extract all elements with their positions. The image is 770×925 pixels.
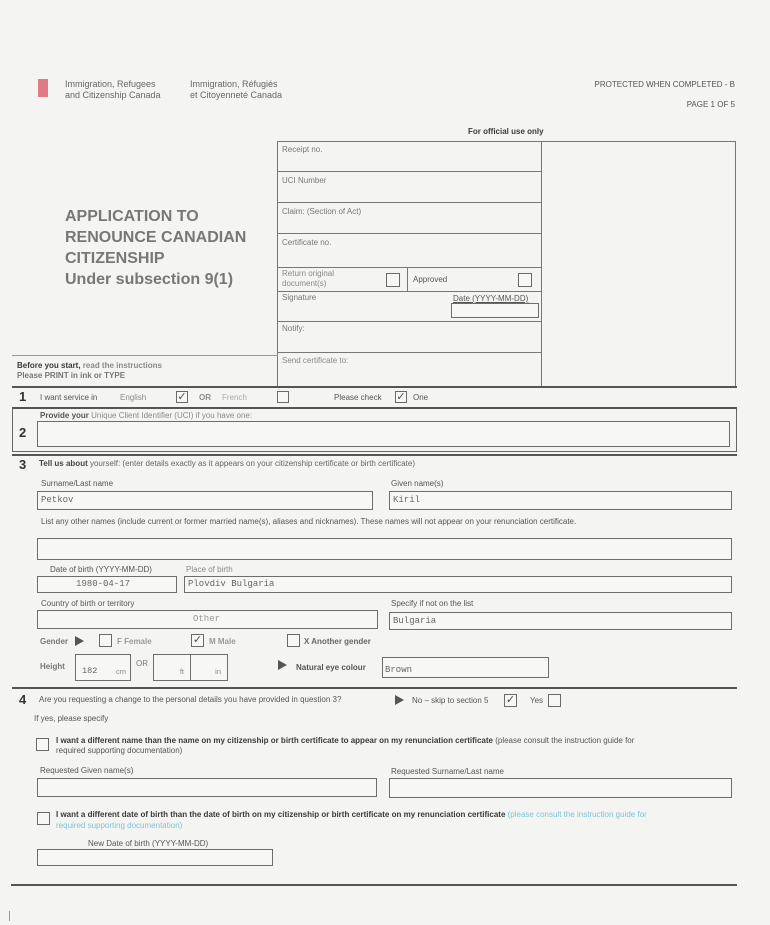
instructions-top-rule bbox=[12, 355, 278, 356]
height-cm-input[interactable]: 182 cm bbox=[75, 654, 131, 681]
signature-date-field bbox=[451, 303, 539, 318]
gender-arrow-icon bbox=[75, 636, 84, 646]
surname-label: Surname/Last name bbox=[41, 479, 113, 488]
page-number: PAGE 1 OF 5 bbox=[687, 100, 735, 109]
new-dob-label: New Date of birth (YYYY-MM-DD) bbox=[88, 839, 208, 848]
height-cm-value: 182 bbox=[82, 666, 97, 676]
country-select[interactable]: Other bbox=[37, 610, 378, 629]
height-in-input[interactable]: in bbox=[190, 654, 228, 681]
dob-input[interactable]: 1980-04-17 bbox=[37, 576, 177, 593]
uci-input[interactable] bbox=[37, 421, 730, 447]
return-original-checkbox bbox=[386, 273, 400, 287]
agency-name-fr: Immigration, Réfugiés et Citoyenneté Can… bbox=[190, 79, 282, 101]
dob-label: Date of birth (YYYY-MM-DD) bbox=[50, 565, 152, 574]
height-ft-input[interactable]: ft bbox=[153, 654, 191, 681]
agency-fr-line1: Immigration, Réfugiés bbox=[190, 79, 282, 90]
please-check-label: Please check bbox=[334, 393, 382, 402]
section3-top-rule bbox=[12, 454, 737, 456]
agency-en-line1: Immigration, Refugees bbox=[65, 79, 161, 90]
female-checkbox[interactable] bbox=[99, 634, 112, 647]
female-label: F Female bbox=[117, 637, 152, 646]
official-use-heading: For official use only bbox=[468, 127, 544, 136]
section4-number: 4 bbox=[19, 692, 26, 707]
certificate-no-field: Certificate no. bbox=[278, 234, 542, 268]
title-line3: CITIZENSHIP bbox=[65, 248, 246, 269]
approved-checkbox bbox=[518, 273, 532, 287]
uci-number-field: UCI Number bbox=[278, 172, 542, 203]
approved-label: Approved bbox=[413, 275, 447, 284]
canada-flag-mark bbox=[38, 79, 48, 97]
given-name-input[interactable]: Kiril bbox=[389, 491, 732, 510]
another-gender-label: X Another gender bbox=[304, 637, 371, 646]
service-label: I want service in bbox=[40, 393, 97, 402]
in-unit: in bbox=[215, 667, 221, 676]
claim-field: Claim: (Section of Act) bbox=[278, 203, 542, 234]
english-checkbox[interactable]: ✓ bbox=[176, 391, 188, 403]
other-names-label: List any other names (include current or… bbox=[41, 517, 576, 526]
protected-label: PROTECTED WHEN COMPLETED - B bbox=[595, 80, 735, 89]
height-or-label: OR bbox=[136, 659, 148, 668]
please-check-one-box: ✓ bbox=[395, 391, 407, 403]
no-skip-arrow-icon bbox=[395, 695, 404, 705]
place-of-birth-label: Place of birth bbox=[186, 565, 233, 574]
another-gender-checkbox[interactable] bbox=[287, 634, 300, 647]
instructions: Before you start, read the instructions … bbox=[17, 361, 162, 381]
ft-unit: ft bbox=[180, 667, 184, 676]
section2-number: 2 bbox=[19, 425, 26, 440]
dob-change-text: I want a different date of birth than th… bbox=[56, 809, 736, 831]
or-label: OR bbox=[199, 393, 211, 402]
place-of-birth-input[interactable]: Plovdiv Bulgaria bbox=[184, 576, 732, 593]
section1-top-rule bbox=[12, 386, 737, 388]
specify-country-label: Specify if not on the list bbox=[391, 599, 473, 608]
requested-given-input[interactable] bbox=[37, 778, 377, 797]
eye-colour-arrow-icon bbox=[278, 660, 287, 670]
french-label: French bbox=[222, 393, 247, 402]
country-label: Country of birth or territory bbox=[41, 599, 134, 608]
yes-change-checkbox[interactable] bbox=[548, 694, 561, 707]
yes-label: Yes bbox=[530, 696, 543, 705]
dob-change-checkbox[interactable] bbox=[37, 812, 50, 825]
page-bottom-rule bbox=[11, 884, 737, 886]
section4-top-rule bbox=[12, 687, 737, 689]
height-label: Height bbox=[40, 662, 65, 671]
title-subsection: Under subsection 9(1) bbox=[65, 269, 246, 290]
eye-colour-input[interactable]: Brown bbox=[382, 657, 549, 678]
return-approved-divider bbox=[407, 268, 408, 292]
eye-colour-label: Natural eye colour bbox=[296, 663, 366, 672]
requested-given-label: Requested Given name(s) bbox=[40, 766, 133, 775]
requested-surname-label: Requested Surname/Last name bbox=[391, 767, 504, 776]
cm-unit: cm bbox=[116, 667, 126, 676]
agency-en-line2: and Citizenship Canada bbox=[65, 90, 161, 101]
other-names-input[interactable] bbox=[37, 538, 732, 560]
section1-number: 1 bbox=[19, 389, 26, 404]
one-label: One bbox=[413, 393, 428, 402]
uci-label: Provide your Unique Client Identifier (U… bbox=[40, 411, 252, 420]
notify-field: Notify: bbox=[278, 322, 542, 353]
male-label: M Male bbox=[209, 637, 236, 646]
agency-name-en: Immigration, Refugees and Citizenship Ca… bbox=[65, 79, 161, 101]
send-certificate-field: Send certificate to: bbox=[278, 353, 542, 388]
specify-country-input[interactable]: Bulgaria bbox=[389, 612, 732, 630]
section3-number: 3 bbox=[19, 457, 26, 472]
no-change-checkbox[interactable]: ✓ bbox=[504, 694, 517, 707]
given-name-label: Given name(s) bbox=[391, 479, 443, 488]
gender-label: Gender bbox=[40, 637, 68, 646]
requested-surname-input[interactable] bbox=[389, 778, 732, 798]
male-checkbox[interactable]: ✓ bbox=[191, 634, 204, 647]
signature-date-label: Date (YYYY-MM-DD) bbox=[453, 294, 528, 303]
surname-input[interactable]: Petkov bbox=[37, 491, 373, 510]
name-change-checkbox[interactable] bbox=[36, 738, 49, 751]
section3-heading: Tell us about yourself: (enter details e… bbox=[39, 459, 415, 468]
french-checkbox[interactable] bbox=[277, 391, 289, 403]
agency-fr-line2: et Citoyenneté Canada bbox=[190, 90, 282, 101]
new-dob-input[interactable] bbox=[37, 849, 273, 866]
no-skip-label: No – skip to section 5 bbox=[412, 696, 488, 705]
scan-mark bbox=[9, 911, 10, 921]
return-original-label: Return original document(s) bbox=[282, 269, 352, 289]
form-title: APPLICATION TO RENOUNCE CANADIAN CITIZEN… bbox=[65, 206, 246, 290]
title-line2: RENOUNCE CANADIAN bbox=[65, 227, 246, 248]
receipt-no-field: Receipt no. bbox=[278, 141, 542, 172]
title-line1: APPLICATION TO bbox=[65, 206, 246, 227]
change-question: Are you requesting a change to the perso… bbox=[39, 695, 341, 704]
english-label: English bbox=[120, 393, 146, 402]
if-yes-label: If yes, please specify bbox=[34, 714, 108, 723]
name-change-text: I want a different name than the name on… bbox=[56, 736, 736, 756]
